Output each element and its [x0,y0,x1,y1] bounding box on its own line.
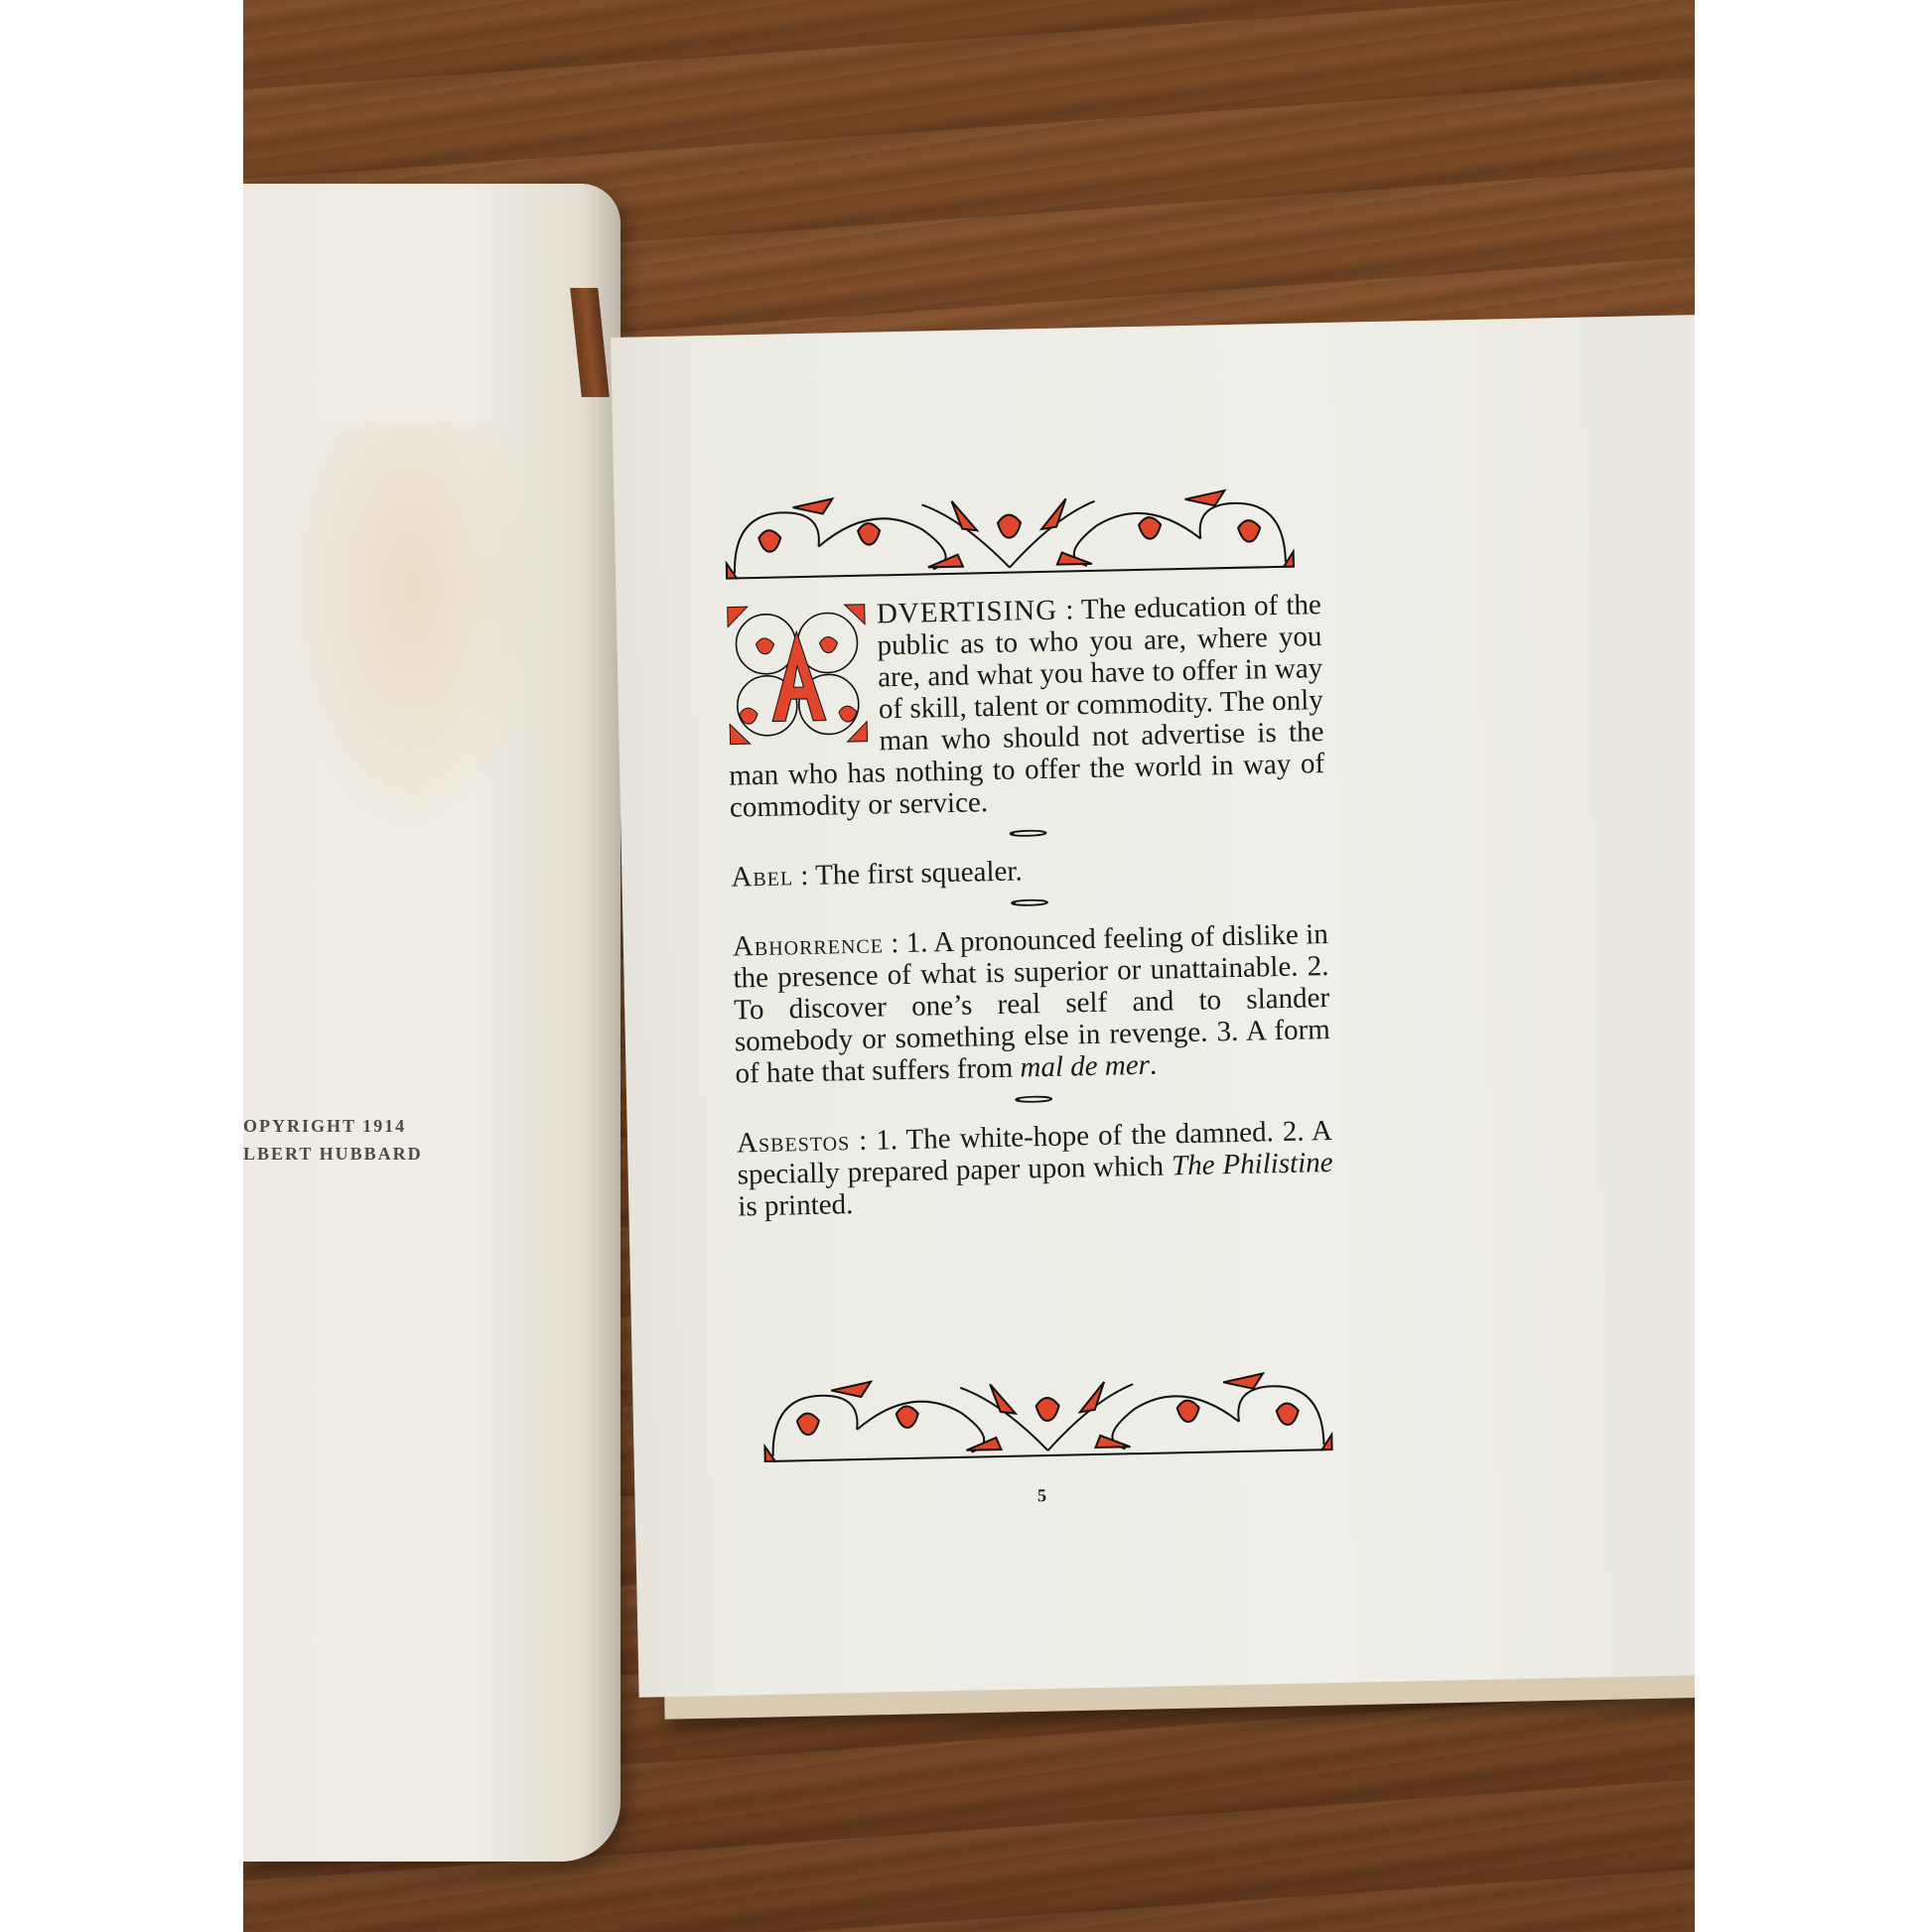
left-page: OPYRIGHT 1914 LBERT HUBBARD [243,184,621,1862]
entry-abel: Abel : The first squealer. [731,849,1327,894]
definition-asbestos-end: is printed. [738,1188,854,1222]
headword-abhorrence: Abhorrence [733,927,885,962]
separator-ornament-icon [1014,1095,1053,1104]
entry-advertising: DVERTISING : The education of the public… [726,589,1326,824]
definition-abel: : The first squealer. [800,855,1023,892]
entry-asbestos: Asbestos : 1. The white-hope of the damn… [737,1115,1334,1223]
text-block: DVERTISING : The education of the public… [723,482,1333,1222]
headword-advertising: DVERTISING [877,595,1058,630]
headword-abel: Abel [731,860,793,893]
paper-stain [283,422,541,839]
page-number: 5 [744,1479,1339,1513]
definition-abhorrence-end: . [1150,1049,1158,1081]
floral-ornament-bottom-icon [761,1365,1334,1466]
copyright-notice: OPYRIGHT 1914 LBERT HUBBARD [243,1112,423,1168]
definition-abhorrence-italic: mal de mer [1020,1049,1150,1084]
photo: OPYRIGHT 1914 LBERT HUBBARD [243,0,1695,1932]
headword-asbestos: Asbestos [737,1125,851,1159]
right-page: DVERTISING : The education of the public… [611,314,1695,1698]
separator-ornament-icon [1008,829,1047,838]
copyright-line-2: LBERT HUBBARD [243,1140,423,1168]
entry-abhorrence: Abhorrence : 1. A pronounced feeling of … [733,918,1331,1090]
separator-ornament-icon [1010,898,1049,907]
copyright-line-1: OPYRIGHT 1914 [243,1112,423,1140]
definition-asbestos-italic: The Philistine [1172,1147,1333,1181]
illuminated-dropcap-icon [726,603,870,747]
floral-ornament-top-icon [723,483,1296,584]
